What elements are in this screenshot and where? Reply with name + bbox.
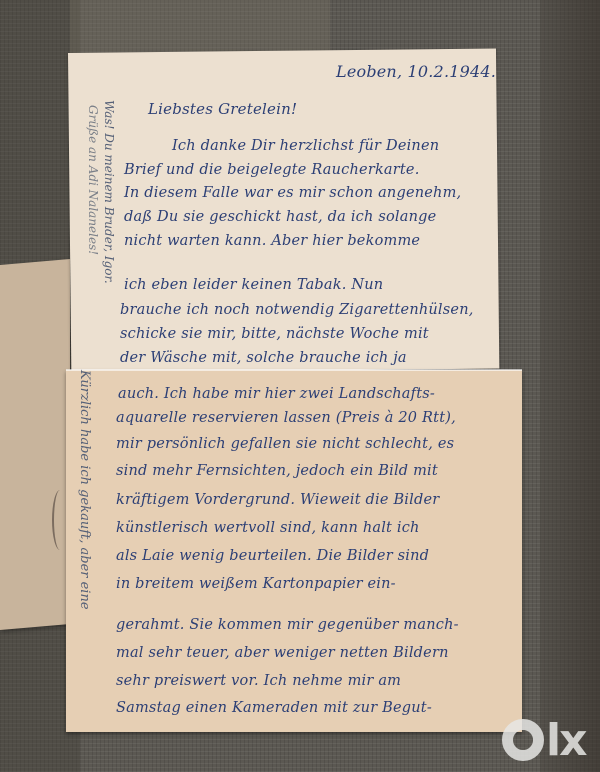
envelope — [0, 259, 70, 630]
letter-line: Samstag einen Kameraden mit zur Begut- — [116, 700, 432, 716]
letter-line: daß Du sie geschickt hast, da ich solang… — [124, 209, 436, 225]
letter-fold-line — [66, 369, 522, 371]
olx-lx-text: lx — [546, 715, 585, 766]
letter-line: ich eben leider keinen Tabak. Nun — [124, 277, 383, 293]
letter-line: mal sehr teuer, aber weniger netten Bild… — [116, 645, 449, 661]
letter-line: in breitem weißem Kartonpapier ein- — [116, 576, 396, 592]
letter-line: der Wäsche mit, solche brauche ich ja — [120, 350, 407, 366]
margin-note: Grüße an Adi Nalaneles! — [86, 105, 100, 255]
letter-line: Ich danke Dir herzlichst für Deinen — [172, 138, 439, 154]
letter-line: Brief und die beigelegte Raucherkarte. — [124, 162, 420, 178]
letter-line: kräftigem Vordergrund. Wieweit die Bilde… — [116, 492, 439, 508]
olx-watermark-logo: lx — [514, 710, 600, 770]
letter-salutation: Liebstes Gretelein! — [148, 100, 297, 118]
letter-line: brauche ich noch notwendig Zigarettenhül… — [120, 302, 474, 318]
olx-o-icon — [502, 719, 544, 761]
letter-line: aquarelle reservieren lassen (Preis à 20… — [116, 410, 456, 426]
letter-line: als Laie wenig beurteilen. Die Bilder si… — [116, 548, 429, 564]
letter-line: auch. Ich habe mir hier zwei Landschafts… — [118, 386, 435, 402]
fabric-background-right — [540, 0, 600, 772]
letter-line: mir persönlich gefallen sie nicht schlec… — [116, 436, 454, 452]
letter-line: sind mehr Fernsichten, jedoch ein Bild m… — [116, 463, 438, 479]
letter-line: In diesem Falle war es mir schon angeneh… — [124, 185, 461, 201]
letter-line: gerahmt. Sie kommen mir gegenüber manch- — [116, 617, 459, 633]
margin-note: Was! Du meinem Bruder, Igor. — [102, 100, 116, 284]
letter-line: nicht warten kann. Aber hier bekomme — [124, 233, 420, 249]
margin-note: Kürzlich habe ich gekauft, aber eine — [77, 370, 92, 610]
letter-line: schicke sie mir, bitte, nächste Woche mi… — [120, 326, 429, 342]
letter-line: künstlerisch wertvoll sind, kann halt ic… — [116, 520, 420, 536]
letter-date: Leoben, 10.2.1944. — [336, 62, 496, 81]
letter-line: sehr preiswert vor. Ich nehme mir am — [116, 673, 401, 689]
